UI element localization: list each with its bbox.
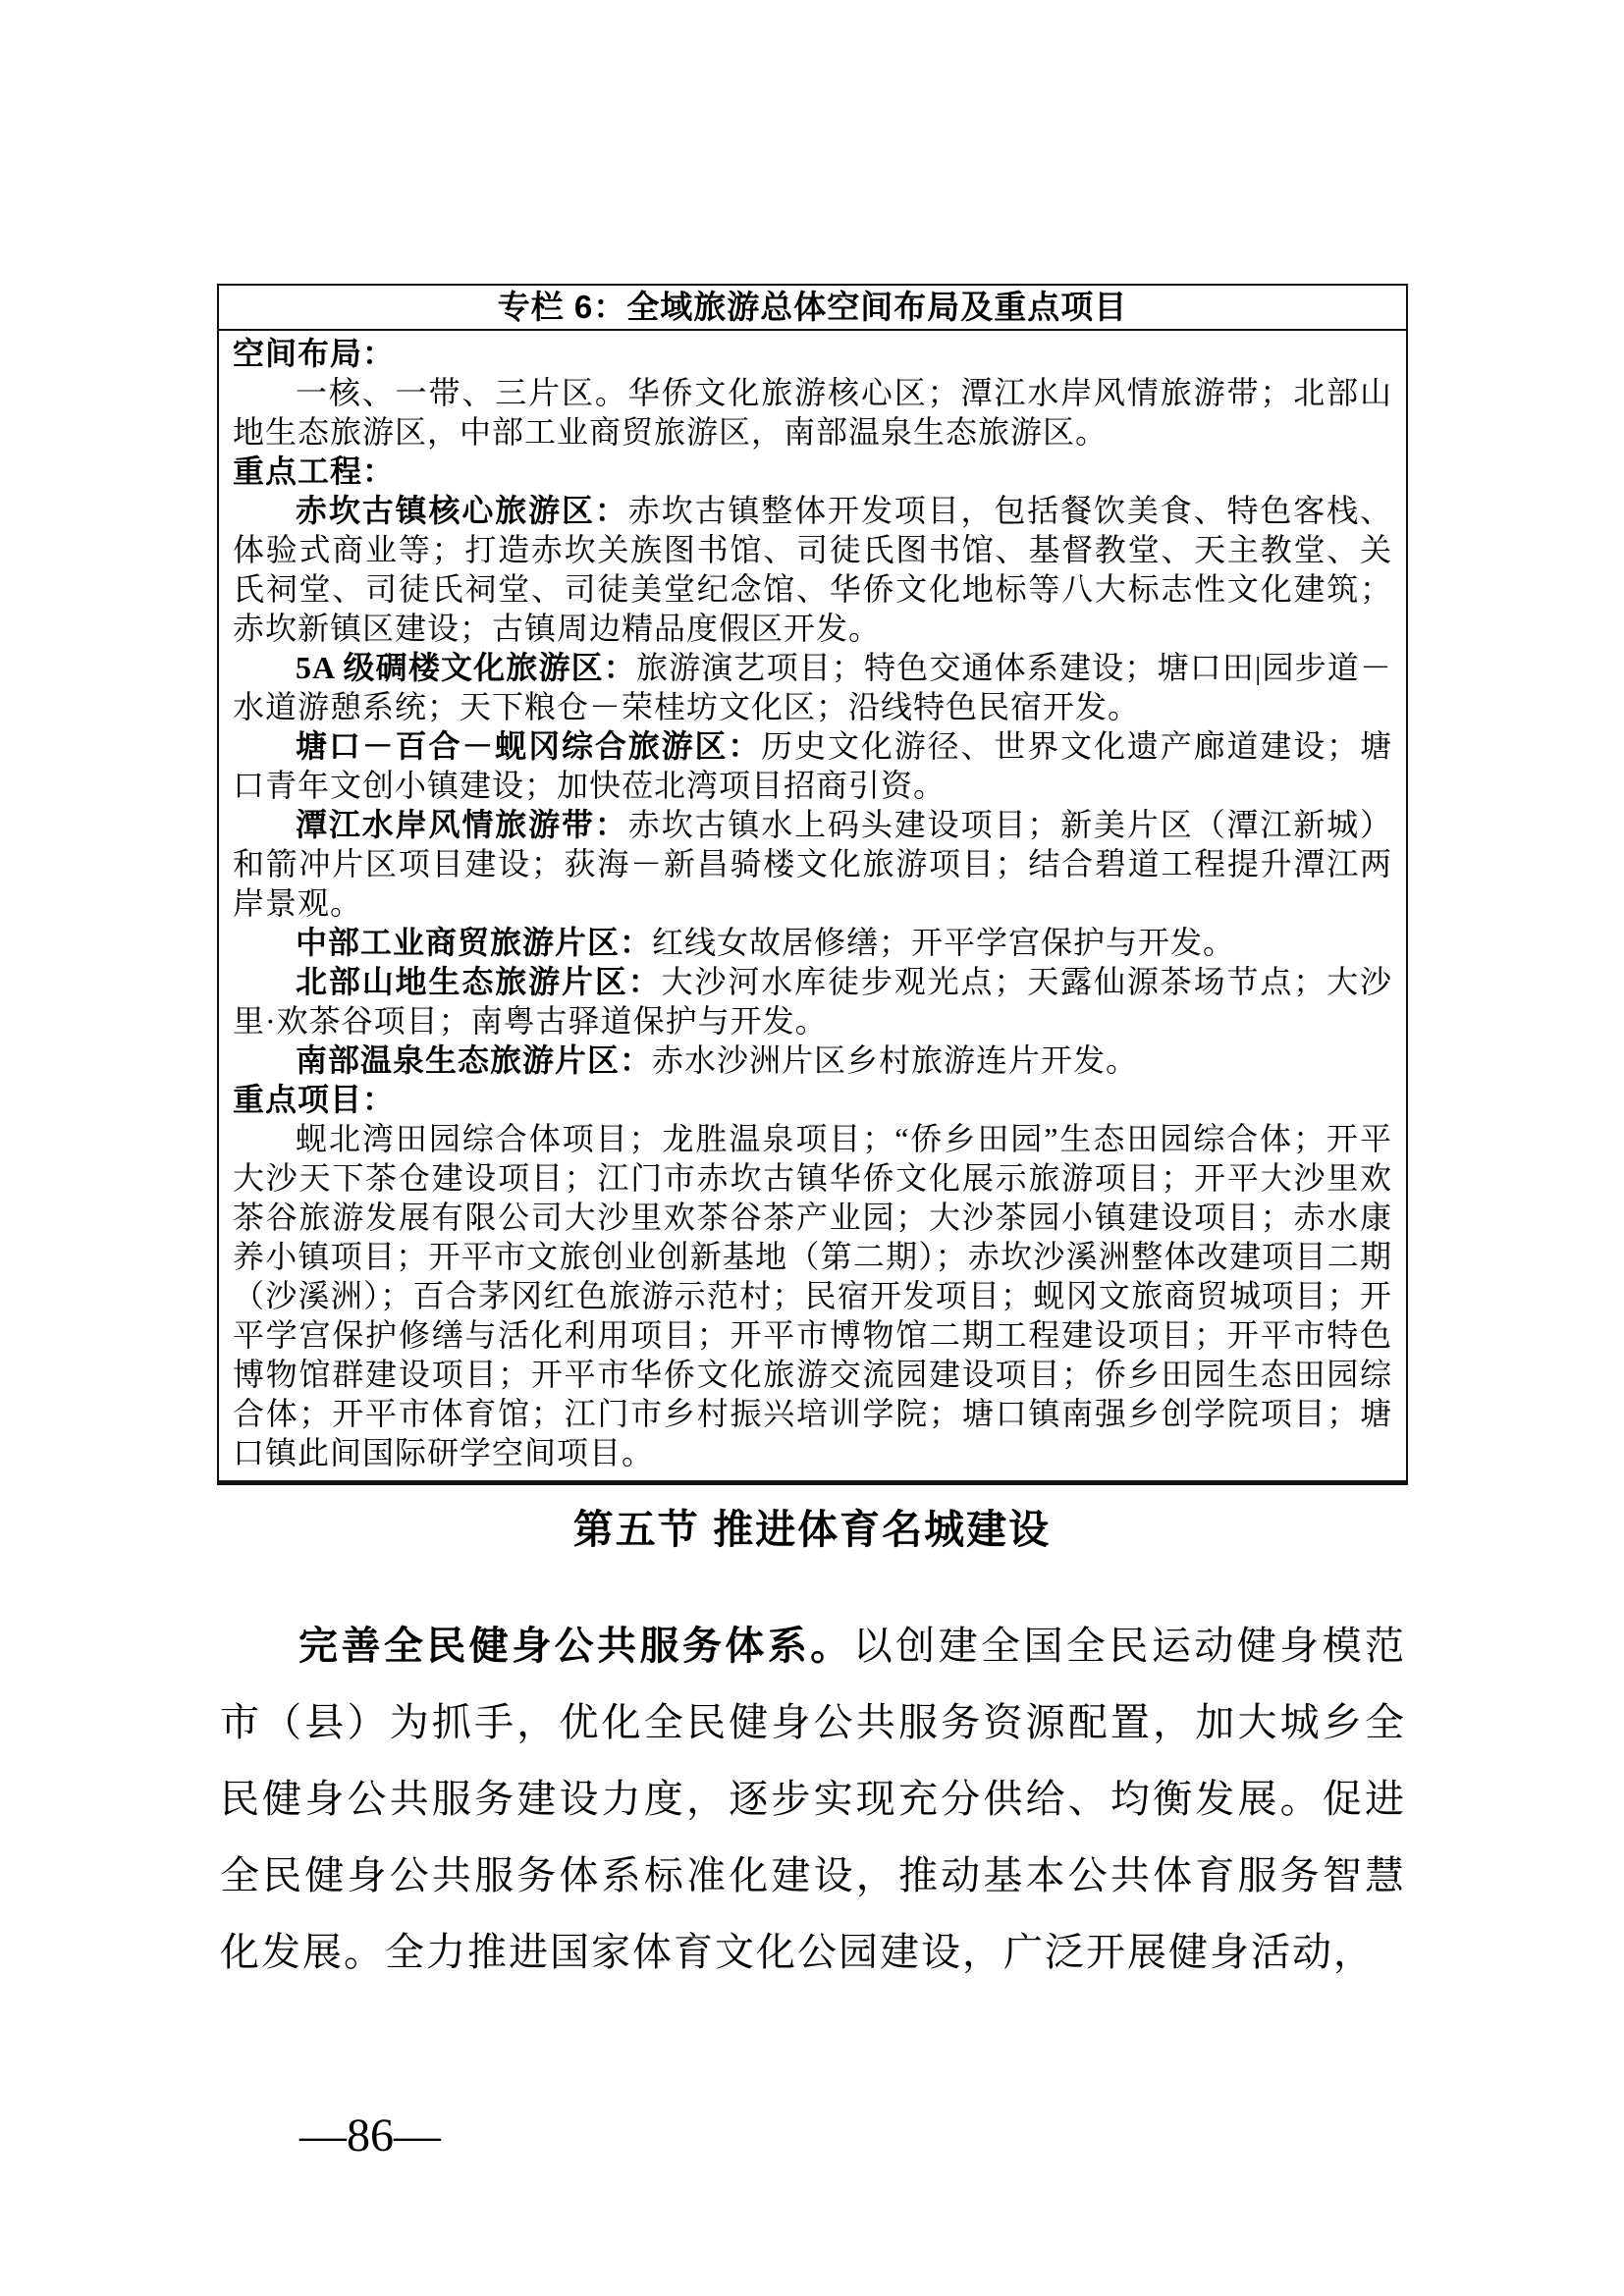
page-number: —86— (299, 2107, 441, 2165)
document-page: 专栏 6：全域旅游总体空间布局及重点项目 空间布局： 一核、一带、三片区。华侨文… (0, 0, 1624, 2296)
box-paragraph-key-project-list: 蚬北湾田园综合体项目；龙胜温泉项目；“侨乡田园”生态田园综合体；开平大沙天下茶仓… (233, 1119, 1392, 1472)
section-heading: 第五节 推进体育名城建设 (0, 1504, 1624, 1555)
body-paragraph-text: 以创建全国全民运动健身模范市（县）为抓手，优化全民健身公共服务资源配置，加大城乡… (220, 1624, 1406, 1974)
callout-box-body: 空间布局： 一核、一带、三片区。华侨文化旅游核心区；潭江水岸风情旅游带；北部山地… (219, 331, 1406, 1480)
callout-box-column6: 专栏 6：全域旅游总体空间布局及重点项目 空间布局： 一核、一带、三片区。华侨文… (217, 284, 1408, 1485)
box-label-key-projects-works: 重点工程： (233, 452, 1392, 491)
box-label-key-project-list: 重点项目： (233, 1080, 1392, 1119)
body-paragraph-lead: 完善全民健身公共服务体系。 (298, 1624, 853, 1668)
box-paragraph-5a-diaolou-zone: 5A 级碉楼文化旅游区：旅游演艺项目；特色交通体系建设；塘口田|园步道－水道游憩… (233, 648, 1392, 726)
box-paragraph-northern-mountain-eco-zone: 北部山地生态旅游片区：大沙河水库徒步观光点；天露仙源茶场节点；大沙里·欢茶谷项目… (233, 962, 1392, 1041)
box-paragraph-tanjiang-waterfront-belt: 潭江水岸风情旅游带：赤坎古镇水上码头建设项目；新美片区（潭江新城）和箭冲片区项目… (233, 805, 1392, 923)
box-paragraph-chikan-core-zone: 赤坎古镇核心旅游区：赤坎古镇整体开发项目，包括餐饮美食、特色客栈、体验式商业等；… (233, 491, 1392, 648)
body-paragraph: 完善全民健身公共服务体系。以创建全国全民运动健身模范市（县）为抓手，优化全民健身… (220, 1608, 1406, 1991)
box-paragraph-southern-hotspring-eco-zone: 南部温泉生态旅游片区：赤水沙洲片区乡村旅游连片开发。 (233, 1041, 1392, 1080)
box-label-spatial-layout: 空间布局： (233, 334, 1392, 373)
box-paragraph-central-industry-trade-zone: 中部工业商贸旅游片区：红线女故居修缮；开平学宫保护与开发。 (233, 923, 1392, 962)
box-paragraph-tangkou-baihe-xiangang-zone: 塘口－百合－蚬冈综合旅游区：历史文化游径、世界文化遗产廊道建设；塘口青年文创小镇… (233, 726, 1392, 805)
box-paragraph-spatial-layout: 一核、一带、三片区。华侨文化旅游核心区；潭江水岸风情旅游带；北部山地生态旅游区，… (233, 373, 1392, 452)
callout-box-title: 专栏 6：全域旅游总体空间布局及重点项目 (219, 286, 1406, 331)
